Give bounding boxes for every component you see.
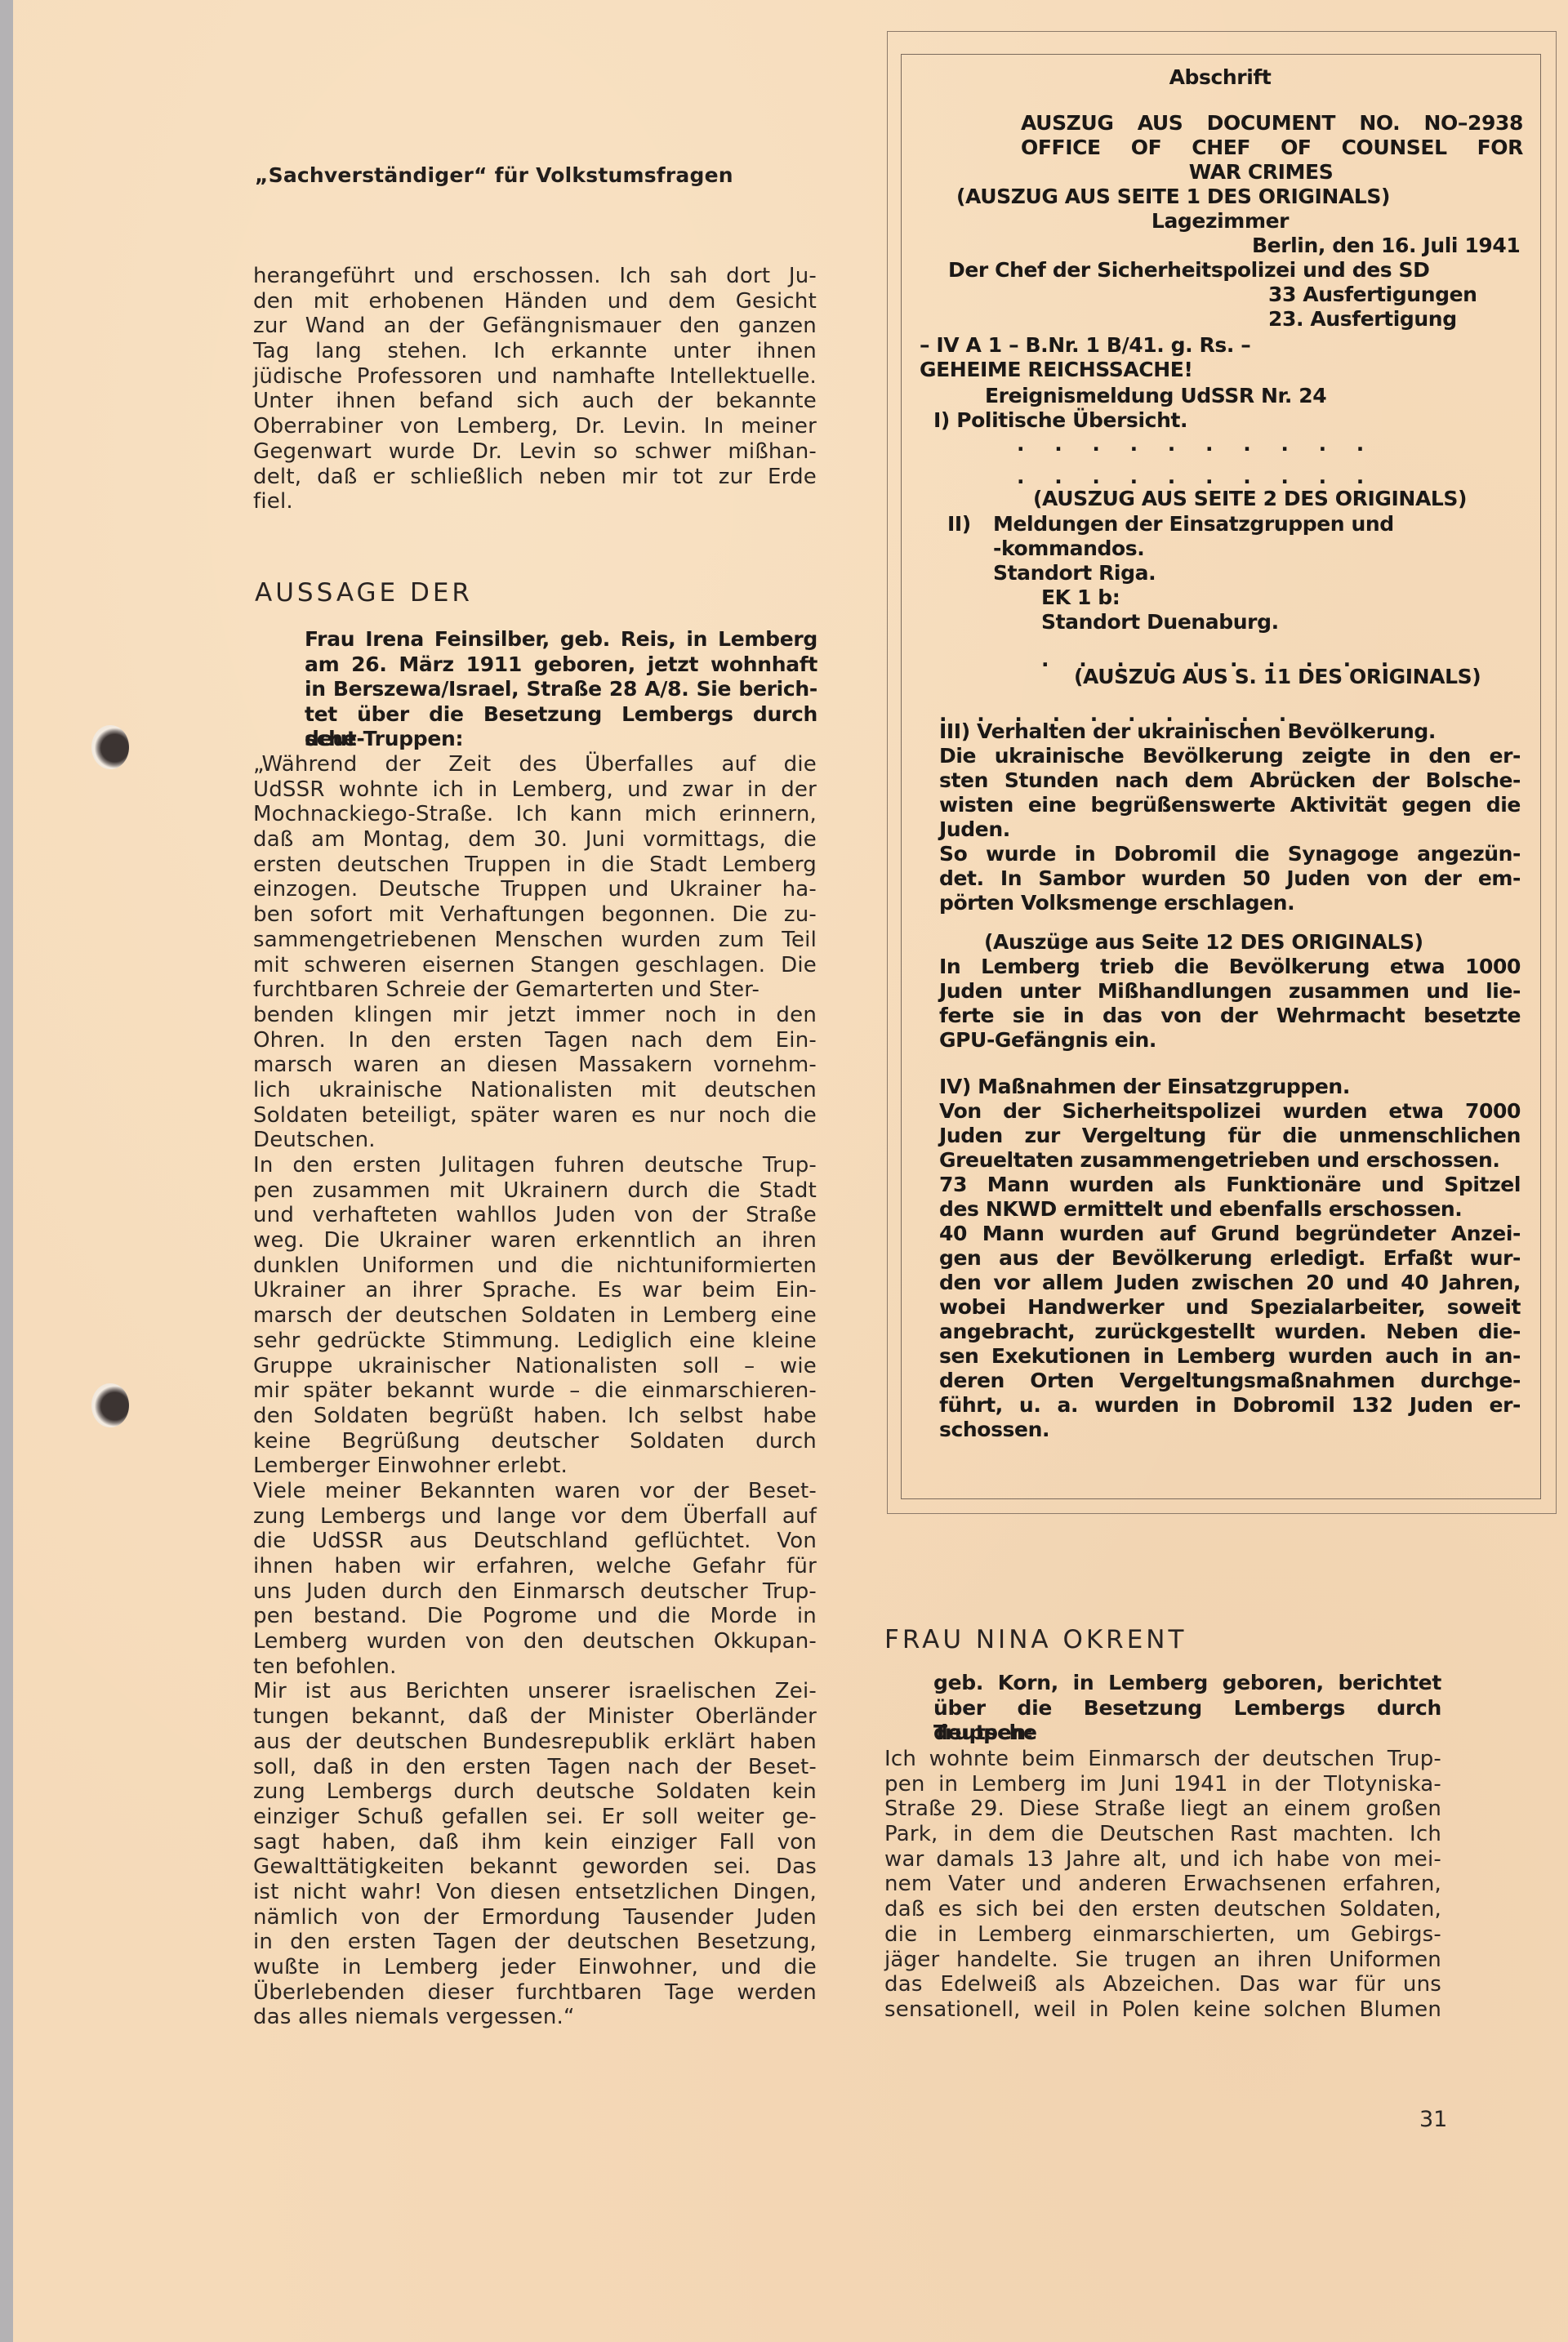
- document-header-line: Lagezimmer: [901, 209, 1539, 234]
- intro-line: Oberrabiner von Lemberg, Dr. Levin. In m…: [253, 414, 817, 439]
- section-iv-line: deren Orten Vergeltungsmaßnahmen durchge…: [939, 1369, 1521, 1393]
- staple-hole: [91, 725, 129, 769]
- testimony-line: zung Lembergs und lange vor dem Überfall…: [253, 1504, 817, 1529]
- testimony-line: UdSSR wohnte ich in Lemberg, und zwar in…: [253, 777, 817, 803]
- document-header-line: OFFICE OF CHEF OF COUNSEL FOR: [1021, 136, 1523, 160]
- witness-intro: Frau Irena Feinsilber, geb. Reis, in Lem…: [305, 627, 817, 752]
- testimony-line: marsch waren an diesen Massakern vornehm…: [253, 1053, 817, 1078]
- testimony-line: lich ukrainische Nationalisten mit deuts…: [253, 1078, 817, 1103]
- testimony-line: uns Juden durch den Einmarsch deutscher …: [253, 1579, 817, 1605]
- testimony-line: marsch der deutschen Soldaten in Lemberg…: [253, 1303, 817, 1329]
- section-heading-okrent: FRAU NINA OKRENT: [884, 1625, 1187, 1654]
- okrent-line: sensationell, weil in Polen keine solche…: [884, 1997, 1441, 2023]
- okrent-line: Straße 29. Diese Straße liegt an einem g…: [884, 1797, 1441, 1822]
- testimony-line: „Während der Zeit des Überfalles auf die: [253, 752, 817, 777]
- testimony-line: aus der deutschen Bundesrepublik erklärt…: [253, 1730, 817, 1755]
- section-ii-number: II): [947, 512, 971, 537]
- page12-heading: (Auszüge aus Seite 12 DES ORIGINALS): [984, 930, 1423, 955]
- witness-intro-line: in Berszewa/Israel, Straße 28 A/8. Sie b…: [305, 677, 817, 702]
- okrent-line: daß es sich bei den ersten deutschen Sol…: [884, 1897, 1441, 1922]
- witness-intro-line: sche Truppen:: [305, 727, 817, 752]
- page-number: 31: [1419, 2107, 1447, 2132]
- document-excerpt: Abschrift AUSZUG AUS DOCUMENT NO. NO–293…: [901, 54, 1539, 1498]
- document-header-line: Berlin, den 16. Juli 1941: [1252, 234, 1520, 258]
- okrent-line: war damals 13 Jahre alt, und ich habe vo…: [884, 1847, 1441, 1872]
- testimony-line: ten befohlen.: [253, 1654, 817, 1680]
- document-line: EK 1 b:: [1041, 585, 1279, 610]
- document-line: Standort Duenaburg.: [1041, 610, 1279, 634]
- testimony-line: Lemberger Einwohner erlebt.: [253, 1454, 817, 1479]
- intro-line: herangeführt und erschossen. Ich sah dor…: [253, 264, 817, 289]
- section-iv-line: 73 Mann wurden als Funktionäre und Spitz…: [939, 1173, 1521, 1197]
- intro-line: zur Wand an der Gefängnismauer den ganze…: [253, 314, 817, 339]
- section-ii-sub: EK 1 b:Standort Duenaburg.: [1041, 585, 1279, 634]
- document-line: -kommandos.: [993, 537, 1394, 561]
- document-header-line: Der Chef der Sicherheitspolizei und des …: [948, 258, 1430, 283]
- okrent-intro: geb. Korn, in Lemberg geboren, berichtet…: [933, 1671, 1441, 1746]
- section-heading-aussage: AUSSAGE DER: [255, 578, 473, 608]
- intro-line: Gegenwart wurde Dr. Levin so schwer mißh…: [253, 439, 817, 465]
- testimony-text: „Während der Zeit des Überfalles auf die…: [253, 752, 817, 2030]
- testimony-line: einzogen. Deutsche Truppen und Ukrainer …: [253, 877, 817, 902]
- testimony-line: benden klingen mir jetzt immer noch in d…: [253, 1003, 817, 1028]
- testimony-line: Deutschen.: [253, 1128, 817, 1153]
- okrent-line: nem Vater und anderen Erwachsenen erfahr…: [884, 1872, 1441, 1897]
- okrent-line: das Edelweiß als Abzeichen. Das war für …: [884, 1972, 1441, 1997]
- page12-line: Juden unter Mißhandlungen zusammen und l…: [939, 979, 1521, 1004]
- okrent-testimony: Ich wohnte beim Einmarsch der deutschen …: [884, 1747, 1441, 2023]
- document-line: Meldungen der Einsatzgruppen und: [993, 512, 1394, 537]
- intro-line: jüdische Professoren und namhafte Intell…: [253, 364, 817, 390]
- document-header-line: I) Politische Übersicht.: [933, 408, 1187, 433]
- page12-line: ferte sie in das von der Wehrmacht beset…: [939, 1004, 1521, 1028]
- section-iv-line: wobei Handwerker und Spezialarbeiter, so…: [939, 1295, 1521, 1320]
- testimony-line: zung Lembergs durch deutsche Soldaten ke…: [253, 1779, 817, 1805]
- okrent-intro-line: über die Besetzung Lembergs durch deutsc…: [933, 1696, 1441, 1721]
- testimony-line: mir später bekannt wurde – die einmarsch…: [253, 1378, 817, 1404]
- section-iv-line: angebracht, zurückgestellt wurden. Neben…: [939, 1320, 1521, 1344]
- section-iv-line: Greueltaten zusammengetrieben und erscho…: [939, 1148, 1521, 1173]
- testimony-line: Soldaten beteiligt, später waren es nur …: [253, 1103, 817, 1129]
- testimony-line: ihnen haben wir erfahren, welche Gefahr …: [253, 1554, 817, 1579]
- testimony-line: daß am Montag, dem 30. Juni vormittags, …: [253, 827, 817, 853]
- testimony-line: Mir ist aus Berichten unserer israelisch…: [253, 1679, 817, 1704]
- okrent-line: die in Lemberg einmarschierten, um Gebir…: [884, 1922, 1441, 1948]
- testimony-line: keine Begrüßung deutscher Soldaten durch: [253, 1429, 817, 1454]
- section-iii-line: det. In Sambor wurden 50 Juden von der e…: [939, 866, 1521, 891]
- page12-line: GPU-Gefängnis ein.: [939, 1028, 1521, 1053]
- section-ii: Meldungen der Einsatzgruppen und-kommand…: [993, 512, 1394, 585]
- intro-line: den mit erhobenen Händen und dem Gesicht: [253, 289, 817, 314]
- document-line: Standort Riga.: [993, 561, 1394, 585]
- testimony-line: die UdSSR aus Deutschland geflüchtet. Vo…: [253, 1529, 817, 1554]
- testimony-line: den Soldaten begrüßt haben. Ich selbst h…: [253, 1404, 817, 1429]
- testimony-line: das alles niemals vergessen.“: [253, 2005, 817, 2030]
- section-iv-line: sen Exekutionen in Lemberg wurden auch i…: [939, 1344, 1521, 1369]
- testimony-line: pen zusammen mit Ukrainern durch die Sta…: [253, 1178, 817, 1204]
- testimony-line: Gewalttätigkeiten bekannt geworden sei. …: [253, 1854, 817, 1880]
- section-iii-line: So wurde in Dobromil die Synagoge angezü…: [939, 842, 1521, 866]
- section-iv-line: Von der Sicherheitspolizei wurden etwa 7…: [939, 1099, 1521, 1124]
- testimony-line: nämlich von der Ermordung Tausender Jude…: [253, 1905, 817, 1930]
- testimony-line: ersten deutschen Truppen in die Stadt Le…: [253, 853, 817, 878]
- section-iv-line: führt, u. a. wurden in Dobromil 132 Jude…: [939, 1393, 1521, 1418]
- witness-intro-line: am 26. März 1911 geboren, jetzt wohnhaft: [305, 652, 817, 678]
- running-head: „Sachverständiger“ für Volkstumsfragen: [255, 163, 733, 187]
- document-header-line: (AUSZUG AUS SEITE 1 DES ORIGINALS): [956, 185, 1390, 209]
- staple-hole: [91, 1383, 129, 1427]
- section-iii-line: Juden.: [939, 817, 1521, 842]
- witness-intro-line: Frau Irena Feinsilber, geb. Reis, in Lem…: [305, 627, 817, 652]
- intro-line: delt, daß er schließlich neben mir tot z…: [253, 465, 817, 490]
- okrent-line: Park, in dem die Deutschen Rast machten.…: [884, 1822, 1441, 1847]
- testimony-line: einziger Schuß gefallen sei. Er soll wei…: [253, 1805, 817, 1830]
- okrent-line: jäger handelte. Sie trugen an ihren Unif…: [884, 1948, 1441, 1973]
- section-iii-line: pörten Volksmenge erschlagen.: [939, 891, 1521, 915]
- section-iv-title: IV) Maßnahmen der Einsatzgruppen.: [939, 1075, 1350, 1099]
- testimony-line: furchtbaren Schreie der Gemarterten und …: [253, 977, 817, 1003]
- testimony-line: tungen bekannt, daß der Minister Oberlän…: [253, 1704, 817, 1730]
- intro-line: Unter ihnen befand sich auch der bekannt…: [253, 389, 817, 414]
- intro-line: Tag lang stehen. Ich erkannte unter ihne…: [253, 339, 817, 364]
- section-iv-line: Juden zur Vergeltung für die unmenschlic…: [939, 1124, 1521, 1148]
- section-iii-line: sten Stunden nach dem Abrücken der Bolsc…: [939, 768, 1521, 793]
- section-iv-line: schossen.: [939, 1418, 1521, 1442]
- testimony-line: in den ersten Tagen der deutschen Besetz…: [253, 1930, 817, 1955]
- testimony-line: dunklen Uniformen und die nichtuniformie…: [253, 1253, 817, 1279]
- okrent-intro-line: Truppen:: [933, 1721, 1441, 1746]
- document-header-line: AUSZUG AUS DOCUMENT NO. NO–2938: [1021, 111, 1523, 136]
- abschrift-title: Abschrift: [901, 65, 1539, 90]
- section-iii-body: Die ukrainische Bevölkerung zeigte in de…: [939, 744, 1521, 915]
- testimony-line: Gruppe ukrainischer Nationalisten soll –…: [253, 1354, 817, 1379]
- testimony-line: ist nicht wahr! Von diesen entsetzlichen…: [253, 1880, 817, 1905]
- testimony-line: sammengetriebenen Menschen wurden zum Te…: [253, 928, 817, 953]
- testimony-line: sehr gedrückte Stimmung. Lediglich eine …: [253, 1329, 817, 1354]
- ellipsis: . . . . . . . . . .: [1017, 432, 1375, 456]
- okrent-line: pen in Lemberg im Juni 1941 in der Tloty…: [884, 1772, 1441, 1797]
- ellipsis: . . . . . . . . . .: [1017, 465, 1375, 489]
- witness-intro-line: tet über die Besetzung Lembergs durch de…: [305, 702, 817, 728]
- intro-line: fiel.: [253, 489, 817, 514]
- page2-heading: (AUSZUG AUS SEITE 2 DES ORIGINALS): [1033, 487, 1467, 511]
- section-iv-line: 40 Mann wurden auf Grund begründeter Anz…: [939, 1222, 1521, 1246]
- document-header-line: 33 Ausfertigungen: [1268, 283, 1477, 307]
- testimony-line: wußte in Lemberg jeder Einwohner, und di…: [253, 1955, 817, 1980]
- section-iv-line: den vor allem Juden zwischen 20 und 40 J…: [939, 1271, 1521, 1295]
- okrent-intro-line: geb. Korn, in Lemberg geboren, berichtet: [933, 1671, 1441, 1696]
- testimony-line: In den ersten Julitagen fuhren deutsche …: [253, 1153, 817, 1178]
- document-header-line: Ereignismeldung UdSSR Nr. 24: [985, 384, 1326, 408]
- page12-body: In Lemberg trieb die Bevölkerung etwa 10…: [939, 955, 1521, 1053]
- testimony-line: Mochnackiego-Straße. Ich kann mich erinn…: [253, 802, 817, 827]
- document-header-line: WAR CRIMES: [999, 160, 1523, 185]
- section-iv-line: gen aus der Bevölkerung erledigt. Erfaßt…: [939, 1246, 1521, 1271]
- testimony-line: mit schweren eisernen Stangen geschlagen…: [253, 953, 817, 978]
- testimony-line: weg. Die Ukrainer waren erkenntlich an i…: [253, 1228, 817, 1253]
- testimony-line: Überlebenden dieser furchtbaren Tage wer…: [253, 1980, 817, 2006]
- testimony-line: ben sofort mit Verhaftungen begonnen. Di…: [253, 902, 817, 928]
- testimony-line: Lemberg wurden von den deutschen Okkupan…: [253, 1629, 817, 1654]
- document-header-line: 23. Ausfertigung: [1268, 307, 1457, 332]
- okrent-line: Ich wohnte beim Einmarsch der deutschen …: [884, 1747, 1441, 1772]
- testimony-line: soll, daß in den ersten Tagen nach der B…: [253, 1755, 817, 1780]
- section-iii-line: Die ukrainische Bevölkerung zeigte in de…: [939, 744, 1521, 768]
- scan-edge: [0, 0, 13, 2342]
- testimony-line: Ohren. In den ersten Tagen nach dem Ein-: [253, 1028, 817, 1053]
- document-header-line: GEHEIME REICHSSACHE!: [920, 358, 1192, 382]
- page12-line: In Lemberg trieb die Bevölkerung etwa 10…: [939, 955, 1521, 979]
- testimony-line: und verhafteten wahllos Juden von der St…: [253, 1203, 817, 1228]
- section-iv-line: des NKWD ermittelt und ebenfalls erschos…: [939, 1197, 1521, 1222]
- page11-heading: (AUSZUG AUS S. 11 DES ORIGINALS): [1074, 665, 1481, 689]
- testimony-line: Ukrainer an ihrer Sprache. Es war beim E…: [253, 1278, 817, 1303]
- testimony-line: sagt haben, daß ihm kein einziger Fall v…: [253, 1830, 817, 1855]
- section-iii-title: III) Verhalten der ukrainischen Bevölker…: [939, 719, 1436, 744]
- testimony-line: Viele meiner Bekannten waren vor der Bes…: [253, 1479, 817, 1504]
- document-header-line: – IV A 1 – B.Nr. 1 B/41. g. Rs. –: [920, 333, 1250, 358]
- section-iii-line: wisten eine begrüßenswerte Aktivität geg…: [939, 793, 1521, 817]
- testimony-line: pen bestand. Die Pogrome und die Morde i…: [253, 1604, 817, 1629]
- section-iv-body: Von der Sicherheitspolizei wurden etwa 7…: [939, 1099, 1521, 1442]
- intro-paragraph: herangeführt und erschossen. Ich sah dor…: [253, 264, 817, 514]
